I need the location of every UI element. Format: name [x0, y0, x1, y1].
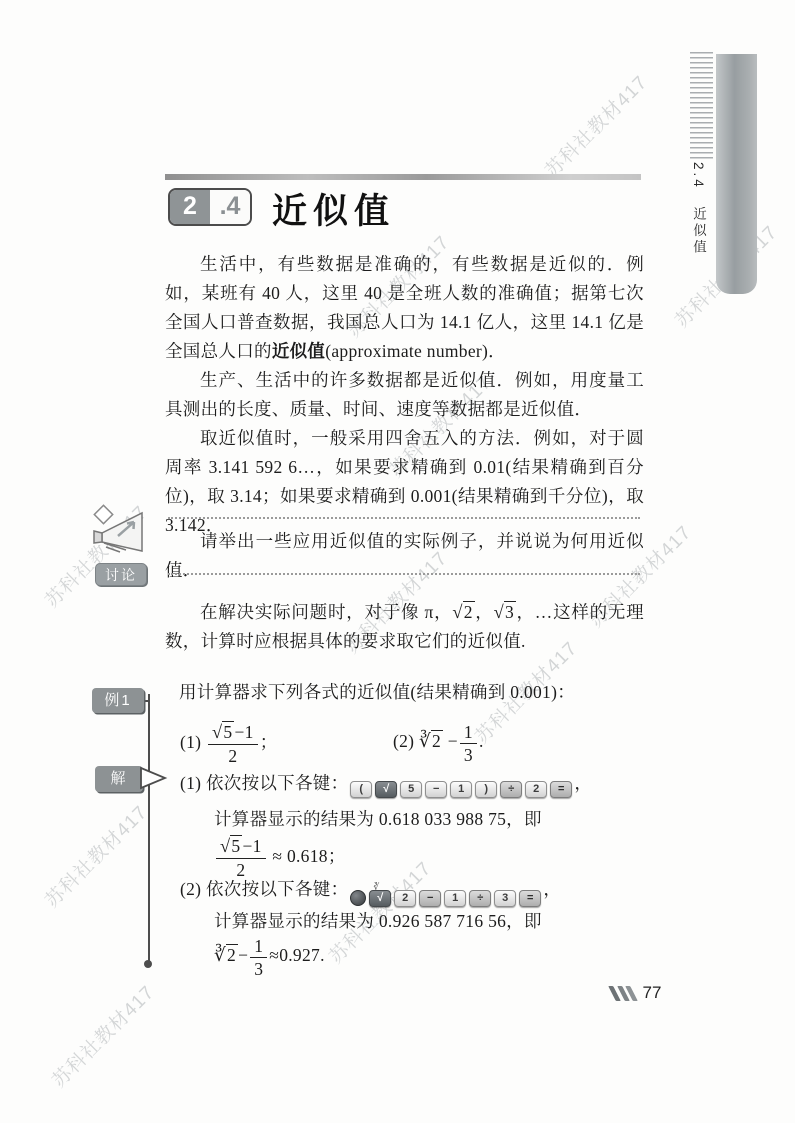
approx-value-2: ≈0.927.: [269, 945, 324, 965]
punctuation: .: [479, 731, 484, 751]
chapter-tab-bar: [716, 54, 757, 294]
minus-sign: −: [448, 731, 458, 751]
solution-step-1-keys-line: (1) 依次按以下各键：(√5−1)÷2=，: [180, 770, 592, 798]
radicand: 5: [230, 835, 242, 856]
key-equals: =: [519, 890, 541, 907]
punctuation: ；: [260, 732, 278, 752]
key-2: 2: [394, 890, 416, 907]
key-divide: ÷: [500, 781, 522, 798]
page-title: 近似值: [272, 184, 395, 234]
tab-section-title: 近似值: [691, 207, 706, 257]
minus-sign: −: [238, 945, 248, 965]
key-2: 2: [525, 781, 547, 798]
radical-sign: √: [452, 602, 462, 622]
radical-sign: √: [212, 722, 222, 742]
solution-badge: 解: [95, 766, 143, 792]
radicand: 5: [222, 721, 234, 742]
radical-sign: √: [494, 602, 504, 622]
denominator: 2: [208, 745, 258, 766]
watermark: 苏科社教材417: [538, 68, 652, 182]
key-shift-icon: ●: [350, 890, 366, 906]
paragraph-1-english: (approximate number)．: [325, 341, 506, 361]
section-number: .4: [210, 190, 250, 224]
approx-value-1: ≈ 0.618；: [272, 846, 345, 866]
key-minus: −: [419, 890, 441, 907]
key-close-paren: ): [475, 781, 497, 798]
numerator: 1: [460, 722, 477, 744]
fraction-1-over-3: 13: [250, 936, 267, 979]
discussion-text: 请举出一些应用近似值的实际例子，并说说为何用近似值．: [165, 527, 644, 585]
solution-step-1-approx: √5−1 2 ≈ 0.618；: [214, 836, 346, 880]
key-1: 1: [444, 890, 466, 907]
cube-radical-sign: ∛: [419, 731, 431, 751]
denominator: 3: [250, 958, 267, 979]
numerator-rest: −1: [242, 836, 261, 856]
tab-hatch-decoration: [690, 52, 713, 160]
discussion-badge: 讨论: [95, 563, 147, 586]
example-rail-line: [148, 694, 150, 964]
radicand: 2: [463, 601, 475, 622]
paragraph-2: 生产、生活中的许多数据都是近似值．例如，用度量工具测出的长度、质量、时间、速度等…: [165, 366, 644, 424]
cube-root-2: ∛2: [214, 944, 238, 965]
comma: ，: [475, 602, 494, 622]
item-2-label: (2): [393, 731, 414, 751]
section-number-badge: 2 .4: [168, 188, 252, 226]
key-sup-label: ∛: [373, 880, 379, 895]
cube-root-2: ∛2: [419, 730, 443, 751]
sqrt-3: √3: [494, 601, 516, 622]
step-1-instruction: (1) 依次按以下各键：: [180, 773, 348, 793]
solution-step-2-approx: ∛2−13≈0.927.: [214, 936, 325, 979]
example-item-1: (1) √5−1 2 ；: [180, 722, 278, 766]
example-intro: 用计算器求下列各式的近似值(结果精确到 0.001)：: [179, 678, 645, 707]
key-equals: =: [550, 781, 572, 798]
step-2-instruction: (2) 依次按以下各键：: [180, 879, 348, 899]
discussion-top-rule: [168, 517, 640, 519]
fraction-sqrt5-minus-1-over-2: √5−1 2: [216, 836, 266, 880]
numerator-rest: −1: [234, 722, 253, 742]
calculator-key-sequence-2: ●√∛2−1÷3=: [350, 890, 541, 907]
example-item-2: (2) ∛2 −13.: [393, 722, 484, 765]
example-rail-end-dot: [144, 960, 152, 968]
section-header-rule: [165, 174, 641, 180]
key-square-root: √: [375, 781, 397, 798]
item-1-label: (1): [180, 732, 201, 752]
solution-arrow-icon: [140, 763, 168, 798]
page-number: 77: [643, 983, 662, 1003]
denominator: 3: [460, 744, 477, 765]
key-open-paren: (: [350, 781, 372, 798]
key-3: 3: [494, 890, 516, 907]
sqrt-2: √2: [452, 601, 474, 622]
chapter-tab-text: 2.4 近似值: [688, 162, 708, 292]
chapter-number: 2: [170, 190, 210, 224]
calculator-key-sequence-1: (√5−1)÷2=: [350, 781, 572, 798]
key-cube-root: √∛: [369, 890, 391, 907]
page-footer: 77: [612, 983, 661, 1003]
discussion-bottom-rule: [168, 573, 640, 575]
textbook-page: 苏科社教材417 苏科社教材417 苏科社教材417 苏科社教材417 苏科社教…: [0, 0, 795, 1123]
key-5: 5: [400, 781, 422, 798]
comma: ，: [574, 773, 592, 793]
solution-step-1-result: 计算器显示的结果为 0.618 033 988 75，即: [214, 806, 542, 831]
key-divide: ÷: [469, 890, 491, 907]
term-approximate-value: 近似值: [272, 341, 325, 361]
paragraph-1: 生活中，有些数据是准确的，有些数据是近似的．例如，某班有 40 人，这里 40 …: [165, 250, 644, 366]
numerator: 1: [250, 936, 267, 958]
radicand: 2: [226, 944, 238, 965]
radicand: 2: [431, 730, 443, 751]
radical-sign: √: [220, 836, 230, 856]
example-1-badge: 例1: [92, 688, 144, 713]
fraction-1-over-3: 13: [460, 722, 477, 765]
key-1: 1: [450, 781, 472, 798]
solution-step-2-keys-line: (2) 依次按以下各键：●√∛2−1÷3=，: [180, 876, 561, 907]
cube-radical-sign: ∛: [214, 945, 226, 965]
paragraph-4: 在解决实际问题时，对于像 π，√2，√3，…这样的无理数，计算时应根据具体的要求…: [165, 598, 644, 656]
megaphone-icon: [90, 503, 152, 566]
tab-section-number: 2.4: [691, 162, 706, 190]
key-minus: −: [425, 781, 447, 798]
watermark: 苏科社教材417: [45, 978, 159, 1092]
radicand: 3: [504, 601, 516, 622]
paragraph-4-pre: 在解决实际问题时，对于像 π，: [200, 602, 452, 622]
watermark: 苏科社教材417: [38, 798, 152, 912]
solution-step-2-result: 计算器显示的结果为 0.926 587 716 56，即: [214, 908, 542, 933]
fraction-sqrt5-minus-1-over-2: √5−1 2: [208, 722, 258, 766]
paragraph-3: 取近似值时，一般采用四舍五入的方法．例如，对于圆周率 3.141 592 6…，…: [165, 424, 644, 540]
comma: ，: [543, 879, 561, 899]
